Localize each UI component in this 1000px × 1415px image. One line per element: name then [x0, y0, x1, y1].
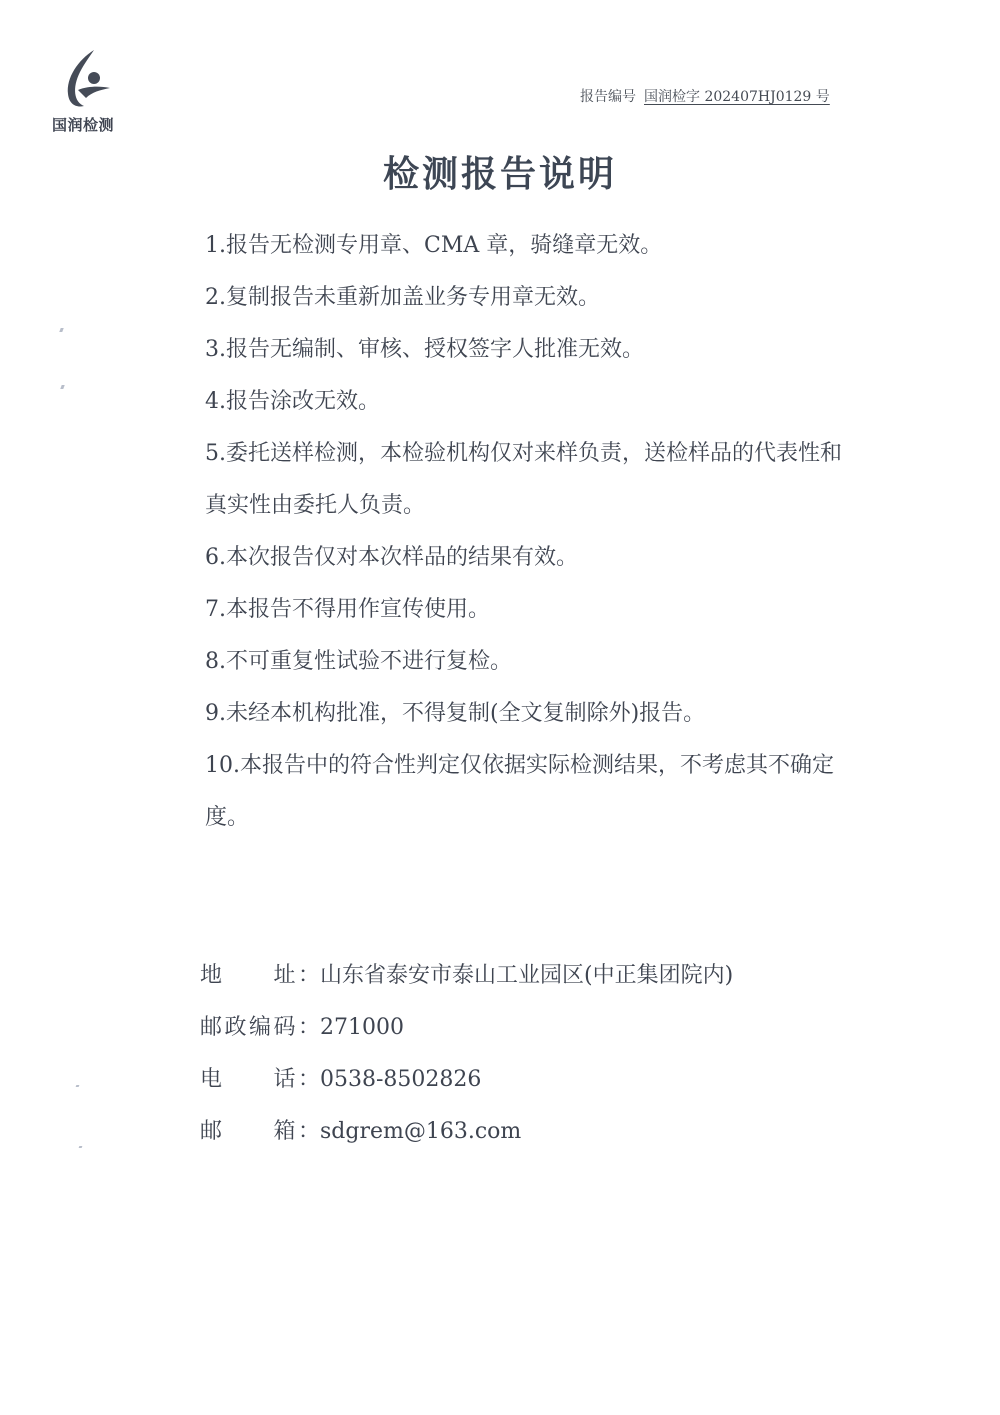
- report-number: 报告编号国润检字 202407HJ0129 号: [580, 86, 830, 106]
- scan-speck: [79, 1146, 83, 1148]
- scan-speck: [60, 385, 64, 389]
- note-item: 7.本报告不得用作宣传使用。: [205, 584, 855, 636]
- note-item: 10.本报告中的符合性判定仅依据实际检测结果，不考虑其不确定度。: [205, 740, 855, 844]
- address-row: 地 址： 山东省泰安市泰山工业园区(中正集团院内): [200, 950, 733, 1002]
- company-logo: 国润检测: [48, 48, 128, 134]
- phone-value: 0538-8502826: [320, 1054, 481, 1106]
- logo-mark-icon: [60, 48, 112, 110]
- note-item: 6.本次报告仅对本次样品的结果有效。: [205, 532, 855, 584]
- note-item: 9.未经本机构批准，不得复制(全文复制除外)报告。: [205, 688, 855, 740]
- email-row: 邮 箱： sdgrem@163.com: [200, 1106, 733, 1158]
- note-item: 2.复制报告未重新加盖业务专用章无效。: [205, 272, 855, 324]
- note-item: 5.委托送样检测，本检验机构仅对来样负责，送检样品的代表性和真实性由委托人负责。: [205, 428, 855, 532]
- scan-speck: [59, 328, 63, 332]
- address-value: 山东省泰安市泰山工业园区(中正集团院内): [320, 950, 733, 1002]
- phone-row: 电 话： 0538-8502826: [200, 1054, 733, 1106]
- phone-label: 电 话：: [200, 1054, 320, 1106]
- address-label: 地 址：: [200, 950, 320, 1002]
- postcode-value: 271000: [320, 1002, 404, 1054]
- note-item: 3.报告无编制、审核、授权签字人批准无效。: [205, 324, 855, 376]
- note-item: 8.不可重复性试验不进行复检。: [205, 636, 855, 688]
- scan-speck: [76, 1085, 80, 1087]
- postcode-row: 邮政编码： 271000: [200, 1002, 733, 1054]
- email-label: 邮 箱：: [200, 1106, 320, 1158]
- logo-text: 国润检测: [52, 114, 114, 135]
- note-item: 4.报告涂改无效。: [205, 376, 855, 428]
- note-item: 1.报告无检测专用章、CMA 章，骑缝章无效。: [205, 220, 855, 272]
- postcode-label: 邮政编码：: [200, 1002, 320, 1054]
- report-number-value: 国润检字 202407HJ0129 号: [644, 89, 830, 105]
- email-value: sdgrem@163.com: [320, 1106, 521, 1158]
- contact-info: 地 址： 山东省泰安市泰山工业园区(中正集团院内) 邮政编码： 271000 电…: [200, 950, 733, 1158]
- notes-list: 1.报告无检测专用章、CMA 章，骑缝章无效。 2.复制报告未重新加盖业务专用章…: [205, 220, 855, 844]
- page-title: 检测报告说明: [0, 146, 1000, 197]
- report-number-label: 报告编号: [580, 89, 636, 105]
